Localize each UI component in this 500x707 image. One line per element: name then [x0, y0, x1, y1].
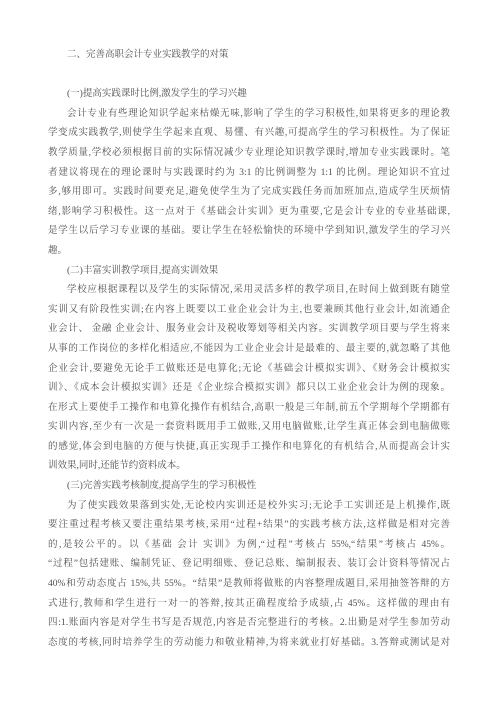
text-line: 教学质量,学校必须根据目前的实际情况减少专业理论知识教学课时,增加专业实践课时。… — [48, 144, 450, 164]
text-line: (二)丰富实训教学项目,提高实训效果 — [48, 262, 450, 282]
text-line: 态度的考核,同时培养学生的劳动能力和敬业精神,为将来就业打好基础。3.答辩或测试… — [48, 634, 450, 654]
text-line: 四:1.账面内容是对学生书写是否规范,内容是否完整进行的考核。2.出勤是对学生参… — [48, 614, 450, 634]
text-line: “过程”包括建账、编制凭证、登记明细账、登记总账、编制报表、装订会计资料等情况占 — [48, 555, 450, 575]
text-line: 企业会计,要避免无论手工做账还是电算化;无论《基础会计模拟实训》、《财务会计模拟… — [48, 360, 450, 380]
text-line: 要注重过程考核又要注重结果考核,采用“过程+结果”的实践考核方法,这样做是相对完… — [48, 516, 450, 536]
text-line: 多,够用即可。实践时间要充足,避免使学生为了完成实践任务而加班加点,造成学生厌烦… — [48, 183, 450, 203]
text-line: 的,是较公平的。以《基础 会计 实训》为例,“过程”考核占 55%,“结果”考核… — [48, 536, 450, 556]
text-line: 在形式上要使手工操作和电算化操作有机结合,高职一般是三年制,前五个学期每个学期都… — [48, 399, 450, 419]
text-line: 实训又有阶段性实训;在内容上既要以工业企业会计为主,也要兼顾其他行业会计,如流通… — [48, 301, 450, 321]
text-line: 训》、《成本会计模拟实训》还是《企业综合模拟实训》都只以工业企业会计为例的现象。 — [48, 379, 450, 399]
text-line: (三)完善实践考核制度,提高学生的学习积极性 — [48, 477, 450, 497]
text-line: 业会计、 金融 企业会计、服务业会计及税收筹划等相关内容。实训教学项目要与学生将… — [48, 320, 450, 340]
text-line: 为了使实践效果落到实处,无论校内实训还是校外实习;无论手工实训还是上机操作,既 — [48, 497, 450, 517]
document-heading: 二、完善高职会计专业实践教学的对策 — [48, 46, 450, 66]
document-lines: (一)提高实践课时比例,激发学生的学习兴趣会计专业有些理论知识学起来枯燥无味,影… — [48, 85, 450, 653]
text-line: 式进行,教师和学生进行一对一的答辩,按其正确程度给予成绩,占 45%。这样做的理… — [48, 595, 450, 615]
text-line: 实训内容,至少有一次是一套资料既用手工做账,又用电脑做账,让学生真正体会到电脑做… — [48, 418, 450, 438]
text-line: 会计专业有些理论知识学起来枯燥无味,影响了学生的学习积极性,如果将更多的理论教 — [48, 105, 450, 125]
text-line: 的感觉,体会到电脑的方便与快捷,真正实现手工操作和电算化的有机结合,从而提高会计… — [48, 438, 450, 458]
text-line: 是学生以后学习专业课的基础。要让学生在轻松愉快的环境中学到知识,激发学生的学习兴 — [48, 222, 450, 242]
text-line: 者建议将现在的理论课时与实践课时约为 3:1 的比例调整为 1:1 的比例。理论… — [48, 164, 450, 184]
document-content: 二、完善高职会计专业实践教学的对策 (一)提高实践课时比例,激发学生的学习兴趣会… — [0, 0, 500, 653]
text-line: 学校应根据课程以及学生的实际情况,采用灵活多样的教学项目,在时间上做到既有随堂 — [48, 281, 450, 301]
text-line: 学变成实践教学,则使学生学起来直观、易懂、有兴趣,可提高学生的学习积极性。为了保… — [48, 124, 450, 144]
text-line: 训效果,同时,还能节约资料成本。 — [48, 457, 450, 477]
text-line: 绪,影响学习积极性。这一点对于《基础会计实训》更为重要,它是会计专业的专业基础课… — [48, 203, 450, 223]
text-line: (一)提高实践课时比例,激发学生的学习兴趣 — [48, 85, 450, 105]
text-line: 40%和劳动态度占 15%,共 55%。“结果”是教师将做账的内容整理成题目,采… — [48, 575, 450, 595]
text-line: 从事的工作岗位的多样化相适应,不能因为工业企业会计是最难的、最主要的,就忽略了其… — [48, 340, 450, 360]
document-page: 二、完善高职会计专业实践教学的对策 (一)提高实践课时比例,激发学生的学习兴趣会… — [0, 0, 500, 707]
text-line: 趣。 — [48, 242, 450, 262]
